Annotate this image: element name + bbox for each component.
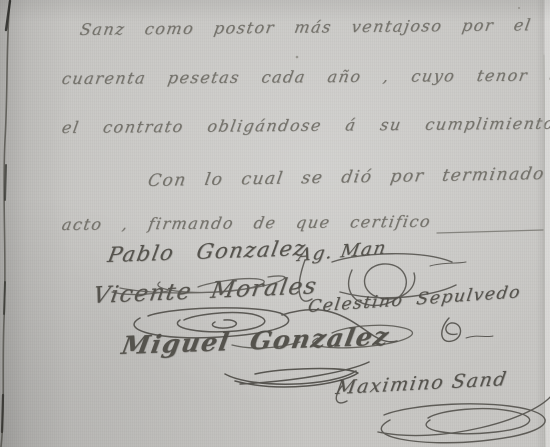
paper-speck (296, 56, 299, 59)
signature-vicente-morales: Vicente Morales (91, 273, 320, 309)
signature-miguel-gonzalez: Miguel Gonzalez (119, 322, 392, 360)
manuscript-line-3: el contrato obligándose á su cumplimient… (60, 114, 550, 137)
manuscript-line-5: acto , firmando de que certifico (60, 212, 432, 234)
scanned-manuscript-page: Sanz como postor más ventajoso por el pr… (0, 0, 550, 447)
manuscript-line-1: Sanz como postor más ventajoso por el pr… (78, 14, 550, 39)
page-edge-tick-bottom (2, 395, 3, 432)
certify-dash-rule (437, 230, 543, 233)
manuscript-line-4: Con lo cual se dió por terminado el (146, 163, 550, 191)
signature-celestino: Celestino Sepulvedo (307, 282, 523, 317)
signature-maximino: Maximino Sand (334, 368, 509, 399)
manuscript-line-2: cuarenta pesetas cada año , cuyo tenor a… (60, 65, 550, 88)
page-edge-tick-mid1 (5, 165, 6, 200)
signature-pablo-gonzalez: Pablo Gonzalez (106, 236, 309, 267)
page-edge-tick-top (6, 1, 10, 30)
celestino-paraph-mark (442, 318, 493, 341)
signature-illegible-rubric: Ag. Man (296, 237, 388, 266)
page-edge-tick-mid2 (4, 282, 5, 314)
page-edge-line (1, 0, 10, 447)
paper-speck (518, 7, 520, 9)
